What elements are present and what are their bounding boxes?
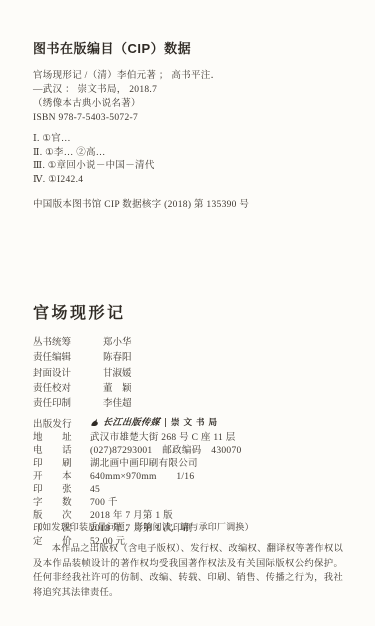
row-label: 电 话 xyxy=(33,445,90,458)
credit-value: 李佳超 xyxy=(103,397,132,412)
publisher-row: 字 数 700 千 xyxy=(33,497,345,510)
publisher-row: 电 话 (027)87293001 邮政编码 430070 xyxy=(33,445,345,458)
publisher-row: 地 址 武汉市雄楚大街 268 号 C 座 11 层 xyxy=(33,432,345,445)
publisher-row: 印 刷 湖北画中画印刷有限公司 xyxy=(33,458,345,471)
publisher-group-name: 长江出版传媒 xyxy=(102,416,160,429)
row-value: 700 千 xyxy=(90,497,118,510)
credit-label: 封面设计 xyxy=(33,367,103,382)
colophon-page: 图书在版编目（CIP）数据 官场现形记 /（清）李伯元著 ； 高书平注． —武汉… xyxy=(0,0,375,626)
credit-value: 陈春阳 xyxy=(103,351,132,366)
credit-value: 董 颖 xyxy=(103,382,132,397)
credit-value: 郑小华 xyxy=(103,336,132,351)
row-label: 地 址 xyxy=(33,432,90,445)
cip-isbn-line: ISBN 978-7-5403-5072-7 xyxy=(33,111,345,125)
cip-publisher-line: —武汉 ： 崇文书局， 2018.7 xyxy=(33,83,345,97)
cip-record-number: 中国版本图书馆 CIP 数据核字 (2018) 第 135390 号 xyxy=(33,196,345,210)
credit-row: 责任校对 董 颖 xyxy=(33,382,345,397)
cip-class-item: Ⅱ. ①李… ②高… xyxy=(33,147,345,161)
row-label: 印 刷 xyxy=(33,458,90,471)
cip-class-item: Ⅲ. ①章回小说－中国－清代 xyxy=(33,160,345,174)
quality-note: （如发现印装质量问题，影响阅读，请与承印厂调换） xyxy=(33,520,343,533)
row-value: 640mm×970mm 1/16 xyxy=(90,471,194,484)
publisher-label: 出版发行 xyxy=(33,419,90,432)
imprint-block: 官场现形记 丛书统筹 郑小华 责任编辑 陈春阳 封面设计 甘淑媛 责任校对 董 … xyxy=(33,300,345,549)
cip-title-line: 官场现形记 /（清）李伯元著 ； 高书平注． xyxy=(33,69,345,83)
row-value: 湖北画中画印刷有限公司 xyxy=(90,458,198,471)
publisher-row: 开 本 640mm×970mm 1/16 xyxy=(33,471,345,484)
row-value: (027)87293001 邮政编码 430070 xyxy=(90,445,242,458)
row-label: 印 张 xyxy=(33,484,90,497)
credit-row: 丛书统筹 郑小华 xyxy=(33,336,345,351)
copyright-notice: 本作品之出版权（含电子版权）、发行权、改编权、翻译权等著作权以及本作品装帧设计的… xyxy=(33,542,343,600)
row-label: 开 本 xyxy=(33,471,90,484)
credit-label: 责任印制 xyxy=(33,397,103,412)
row-value: 45 xyxy=(90,484,100,497)
notes-block: （如发现印装质量问题，影响阅读，请与承印厂调换） 本作品之出版权（含电子版权）、… xyxy=(33,520,343,600)
credit-label: 责任编辑 xyxy=(33,351,103,366)
cip-series-line: （绣像本古典小说名著） xyxy=(33,97,345,111)
credit-row: 责任编辑 陈春阳 xyxy=(33,351,345,366)
credit-label: 责任校对 xyxy=(33,382,103,397)
book-title: 官场现形记 xyxy=(33,300,345,323)
publisher-logo: 长江出版传媒 崇文书局 xyxy=(90,417,221,428)
publisher-imprint-name: 崇文书局 xyxy=(171,416,221,429)
row-value: 武汉市雄楚大街 268 号 C 座 11 层 xyxy=(90,432,236,445)
publisher-row: 印 张 45 xyxy=(33,484,345,497)
cip-class-item: Ⅰ. ①官… xyxy=(33,133,345,147)
credit-label: 丛书统筹 xyxy=(33,336,103,351)
row-label: 字 数 xyxy=(33,497,90,510)
cip-classification-list: Ⅰ. ①官… Ⅱ. ①李… ②高… Ⅲ. ①章回小说－中国－清代 Ⅳ. ①I24… xyxy=(33,133,345,187)
swan-logo-icon xyxy=(90,418,100,427)
cip-heading: 图书在版编目（CIP）数据 xyxy=(33,38,345,57)
credit-value: 甘淑媛 xyxy=(103,367,132,382)
credit-row: 责任印制 李佳超 xyxy=(33,397,345,412)
cip-class-item: Ⅳ. ①I242.4 xyxy=(33,174,345,188)
credit-row: 封面设计 甘淑媛 xyxy=(33,367,345,382)
cip-block: 图书在版编目（CIP）数据 官场现形记 /（清）李伯元著 ； 高书平注． —武汉… xyxy=(33,38,345,210)
logo-divider xyxy=(165,418,166,427)
publisher-row: 出版发行 长江出版传媒 崇文书局 xyxy=(33,417,345,432)
